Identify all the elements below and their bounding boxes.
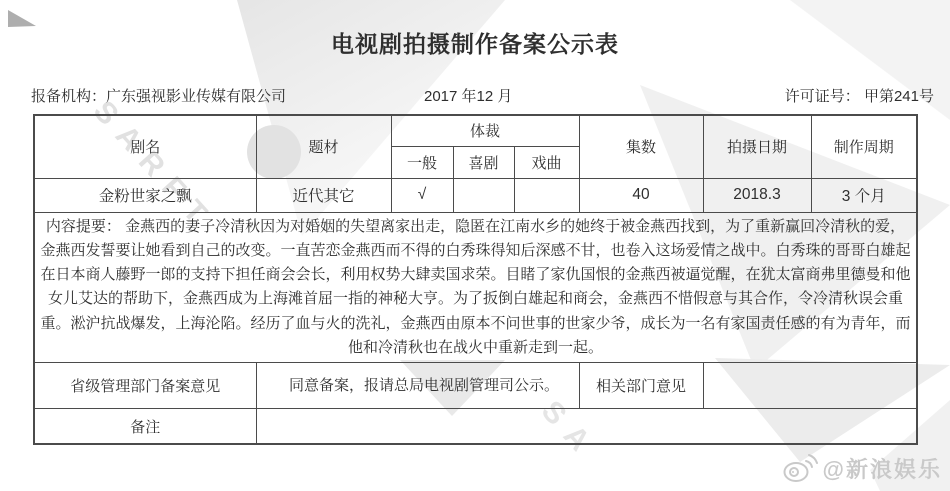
- cell-drama-name: 金粉世家之飘: [34, 178, 256, 212]
- opinion-row: 省级管理部门备案意见 同意备案，报请总局电视剧管理司公示。 相关部门意见: [34, 363, 917, 409]
- header-drama-name: 剧名: [34, 115, 256, 178]
- report-period: 2017 年12 月: [424, 85, 512, 106]
- license-number: 许可证号： 甲第241号: [785, 85, 934, 106]
- synopsis-text: 金燕西的妻子冷清秋因为对婚姻的失望离家出走，隐匿在江南水乡的她终于被金燕西找到，…: [41, 218, 911, 356]
- synopsis-cell: 内容提要： 金燕西的妻子冷清秋因为对婚姻的失望离家出走，隐匿在江南水乡的她终于被…: [34, 212, 917, 363]
- reporting-agency: 报备机构：广东强视影业传媒有限公司: [31, 85, 286, 106]
- related-opinion-value: [703, 363, 917, 409]
- table-row: 金粉世家之飘 近代其它 √ 40 2018.3 3 个月: [34, 178, 917, 212]
- provincial-opinion-label: 省级管理部门备案意见: [34, 363, 256, 409]
- weibo-watermark: @新浪娱乐: [782, 451, 942, 485]
- remarks-row: 备注: [34, 409, 917, 444]
- header-episodes: 集数: [579, 115, 703, 178]
- weibo-icon: [782, 451, 818, 485]
- page-title: 电视剧拍摄制作备案公示表: [0, 26, 950, 59]
- provincial-opinion-value: 同意备案，报请总局电视剧管理司公示。: [256, 363, 579, 409]
- remarks-value: [256, 409, 917, 444]
- synopsis-row: 内容提要： 金燕西的妻子冷清秋因为对婚姻的失望离家出走，隐匿在江南水乡的她终于被…: [34, 212, 917, 363]
- synopsis-label: 内容提要：: [46, 218, 121, 235]
- info-bar: 报备机构：广东强视影业传媒有限公司 2017 年12 月 许可证号： 甲第241…: [0, 85, 950, 107]
- cell-genre-opera-check: [514, 178, 579, 212]
- cell-episodes: 40: [579, 178, 703, 212]
- header-genre: 体裁: [391, 115, 579, 146]
- weibo-handle-text: @新浪娱乐: [823, 453, 942, 484]
- document-content: 电视剧拍摄制作备案公示表 报备机构：广东强视影业传媒有限公司 2017 年12 …: [0, 0, 950, 491]
- remarks-label: 备注: [34, 409, 256, 444]
- header-shoot-date: 拍摄日期: [703, 115, 811, 178]
- header-genre-general: 一般: [391, 146, 453, 178]
- header-genre-comedy: 喜剧: [453, 146, 514, 178]
- cell-subject: 近代其它: [256, 178, 391, 212]
- header-subject: 题材: [256, 115, 391, 178]
- cell-shoot-date: 2018.3: [703, 178, 811, 212]
- header-cycle: 制作周期: [811, 115, 917, 178]
- cell-genre-general-check: √: [391, 178, 453, 212]
- cell-genre-comedy-check: [453, 178, 514, 212]
- document-page: SARFT SA 电视剧拍摄制作备案公示表 报备机构：广东强视影业传媒有限公司 …: [0, 0, 950, 491]
- cell-cycle: 3 个月: [811, 178, 917, 212]
- registration-table: 剧名 题材 体裁 集数 拍摄日期 制作周期 一般 喜剧 戏曲 金粉世家之飘 近代…: [33, 114, 918, 445]
- header-row-top: 剧名 题材 体裁 集数 拍摄日期 制作周期: [34, 115, 917, 146]
- related-opinion-label: 相关部门意见: [579, 363, 703, 409]
- header-genre-opera: 戏曲: [514, 146, 579, 178]
